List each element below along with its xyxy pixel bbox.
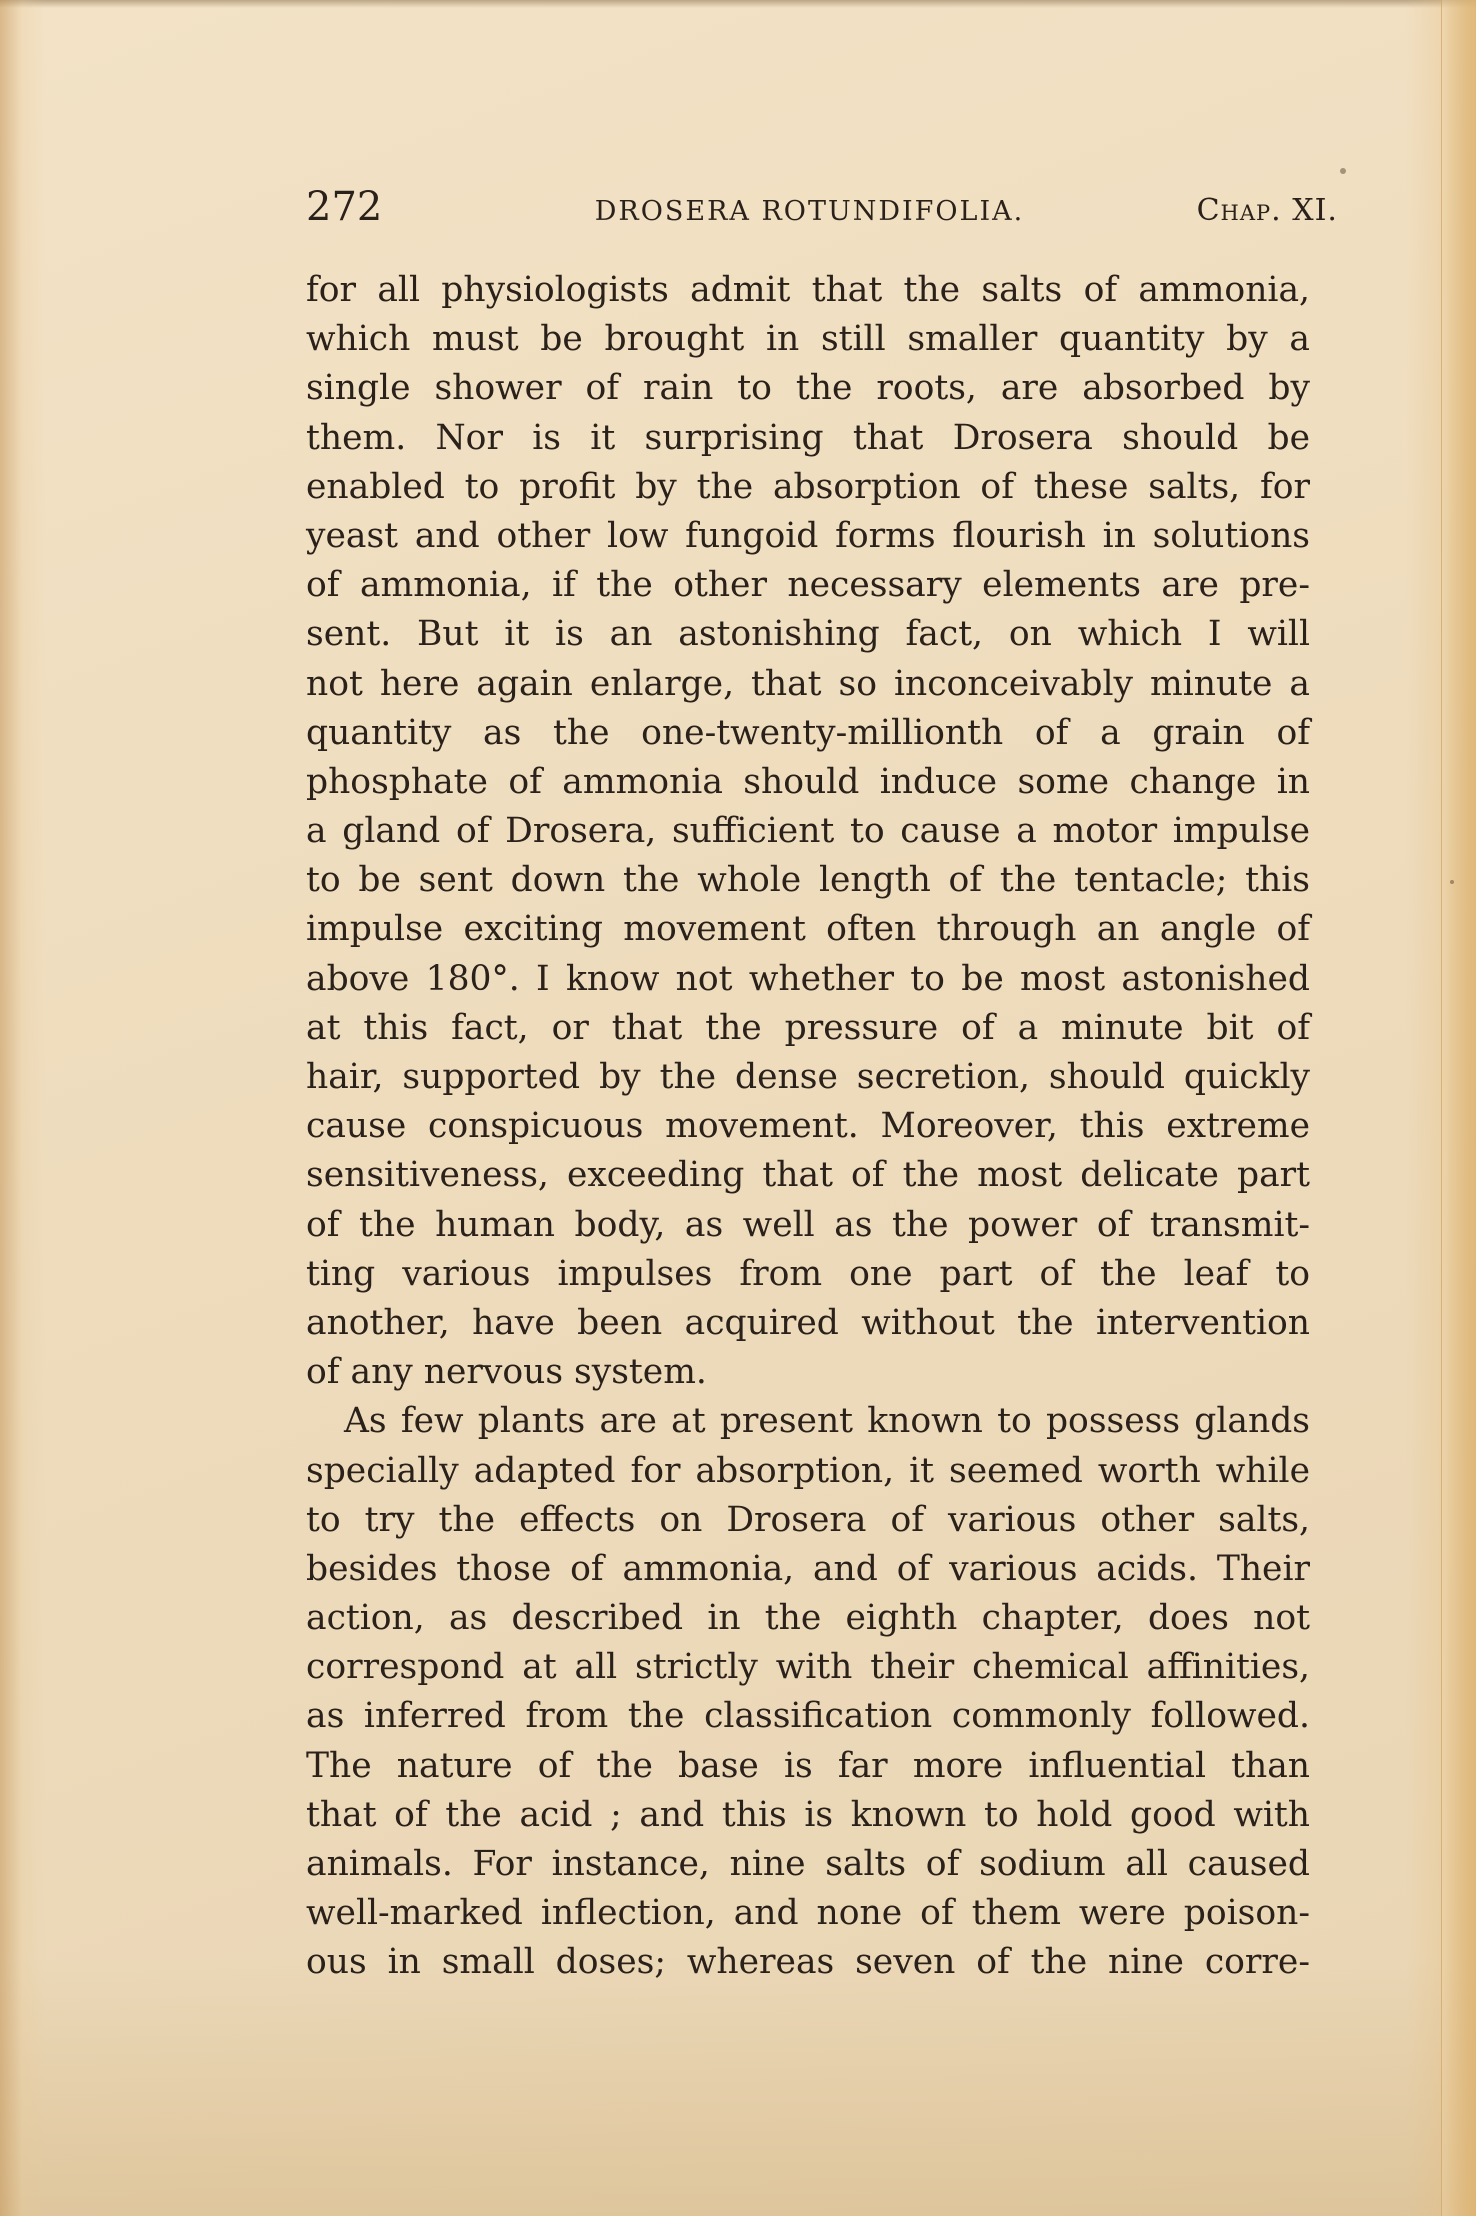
text-line: well-marked inflection, and none of them… <box>306 1889 1310 1938</box>
ink-speck <box>1340 168 1346 174</box>
text-line: a gland of Drosera, sufficient to cause … <box>306 807 1310 856</box>
text-line: phosphate of ammonia should induce some … <box>306 758 1310 807</box>
text-line: correspond at all strictly with their ch… <box>306 1643 1310 1692</box>
text-line: not here again enlarge, that so inconcei… <box>306 660 1310 709</box>
text-line: them. Nor is it surprising that Drosera … <box>306 414 1310 463</box>
text-line: enabled to profit by the absorption of t… <box>306 463 1310 512</box>
text-line: The nature of the base is far more influ… <box>306 1742 1310 1791</box>
text-line: of any nervous system. <box>306 1348 1310 1397</box>
text-line: yeast and other low fungoid forms flouri… <box>306 512 1310 561</box>
text-line: sent. But it is an astonishing fact, on … <box>306 610 1310 659</box>
text-line: sensitiveness, exceeding that of the mos… <box>306 1151 1310 1200</box>
text-line: that of the acid ; and this is known to … <box>306 1791 1310 1840</box>
text-line: for all physiologists admit that the sal… <box>306 266 1310 315</box>
text-line: impulse exciting movement often through … <box>306 905 1310 954</box>
text-line: ting various impulses from one part of t… <box>306 1250 1310 1299</box>
text-line: which must be brought in still smaller q… <box>306 315 1310 364</box>
text-line: of ammonia, if the other necessary eleme… <box>306 561 1310 610</box>
page-number: 272 <box>306 184 382 230</box>
running-title: DROSERA ROTUNDIFOLIA. <box>595 196 1024 227</box>
text-line: animals. For instance, nine salts of sod… <box>306 1840 1310 1889</box>
text-line: besides those of ammonia, and of various… <box>306 1545 1310 1594</box>
text-line: another, have been acquired without the … <box>306 1299 1310 1348</box>
running-head: 272 DROSERA ROTUNDIFOLIA. Chap. XI. <box>306 184 1338 234</box>
text-line: specially adapted for absorption, it see… <box>306 1447 1310 1496</box>
body-text: for all physiologists admit that the sal… <box>306 266 1310 1988</box>
ink-speck <box>1450 880 1454 884</box>
text-line: cause conspicuous movement. Moreover, th… <box>306 1102 1310 1151</box>
chapter-label: Chap. XI. <box>1197 193 1338 228</box>
text-line: ous in small doses; whereas seven of the… <box>306 1938 1310 1987</box>
paragraph: As few plants are at present known to po… <box>306 1397 1310 1987</box>
text-line: to be sent down the whole length of the … <box>306 856 1310 905</box>
text-line: above 180°. I know not whether to be mos… <box>306 955 1310 1004</box>
paragraph: for all physiologists admit that the sal… <box>306 266 1310 1397</box>
text-line: of the human body, as well as the power … <box>306 1201 1310 1250</box>
page-edge <box>1441 0 1476 2216</box>
text-line: at this fact, or that the pressure of a … <box>306 1004 1310 1053</box>
book-page: 272 DROSERA ROTUNDIFOLIA. Chap. XI. for … <box>0 0 1476 2216</box>
text-line: As few plants are at present known to po… <box>306 1397 1310 1446</box>
text-line: action, as described in the eighth chapt… <box>306 1594 1310 1643</box>
text-line: quantity as the one-twenty-millionth of … <box>306 709 1310 758</box>
text-line: to try the effects on Drosera of various… <box>306 1496 1310 1545</box>
text-line: single shower of rain to the roots, are … <box>306 364 1310 413</box>
text-line: as inferred from the classification comm… <box>306 1692 1310 1741</box>
text-line: hair, supported by the dense secretion, … <box>306 1053 1310 1102</box>
